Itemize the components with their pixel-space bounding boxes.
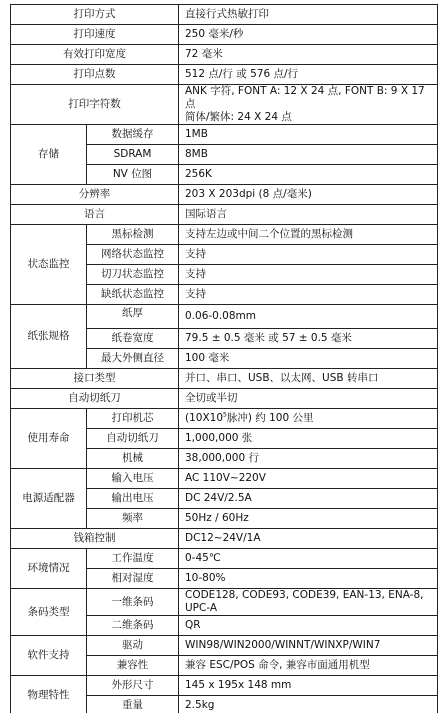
sub-label: 自动切纸刀 xyxy=(87,429,179,449)
row-value: 国际语言 xyxy=(179,205,438,225)
group-label: 软件支持 xyxy=(11,636,87,676)
sub-label: 最大外侧直径 xyxy=(87,349,179,369)
row-label: 打印字符数 xyxy=(11,85,179,125)
row-value: 100 毫米 xyxy=(179,349,438,369)
table-row: 打印速度 250 毫米/秒 xyxy=(11,25,438,45)
sub-label: 相对湿度 xyxy=(87,569,179,589)
row-label: 打印速度 xyxy=(11,25,179,45)
value-line: ANK 字符, FONT A: 12 X 24 点, FONT B: 9 X 1… xyxy=(185,85,431,111)
sub-label: 兼容性 xyxy=(87,656,179,676)
row-value: 0-45℃ xyxy=(179,549,438,569)
table-row: 电源适配器 输入电压 AC 110V~220V xyxy=(11,469,438,489)
table-row: 钱箱控制 DC12~24V/1A xyxy=(11,529,438,549)
row-value: AC 110V~220V xyxy=(179,469,438,489)
row-value: 256K xyxy=(179,165,438,185)
sub-label: 数据缓存 xyxy=(87,125,179,145)
row-value: 2.5kg xyxy=(179,696,438,713)
group-label: 物理特性 xyxy=(11,676,87,713)
row-value: WIN98/WIN2000/WINNT/WINXP/WIN7 xyxy=(179,636,438,656)
sub-label: 输入电压 xyxy=(87,469,179,489)
sub-label: 二维条码 xyxy=(87,616,179,636)
row-value: 203 X 203dpi (8 点/毫米) xyxy=(179,185,438,205)
row-value: 兼容 ESC/POS 命令, 兼容市面通用机型 xyxy=(179,656,438,676)
sub-label: 输出电压 xyxy=(87,489,179,509)
row-label: 接口类型 xyxy=(11,369,179,389)
sub-label: SDRAM xyxy=(87,145,179,165)
sub-label: 切刀状态监控 xyxy=(87,265,179,285)
sub-label: 网络状态监控 xyxy=(87,245,179,265)
row-value: 支持 xyxy=(179,265,438,285)
row-value: (10X105脉冲) 约 100 公里 xyxy=(179,409,438,429)
table-row: 打印点数 512 点/行 或 576 点/行 xyxy=(11,65,438,85)
sub-label: 打印机芯 xyxy=(87,409,179,429)
row-value: 1,000,000 张 xyxy=(179,429,438,449)
sub-label: 重量 xyxy=(87,696,179,713)
row-value: 支持左边或中间二个位置的黑标检测 xyxy=(179,225,438,245)
table-row: 打印字符数 ANK 字符, FONT A: 12 X 24 点, FONT B:… xyxy=(11,85,438,125)
group-label: 状态监控 xyxy=(11,225,87,305)
table-row: 物理特性 外形尺寸 145 x 195x 148 mm xyxy=(11,676,438,696)
group-label: 环境情况 xyxy=(11,549,87,589)
sub-label: 驱动 xyxy=(87,636,179,656)
table-row: 语言 国际语言 xyxy=(11,205,438,225)
table-row: 纸张规格 纸厚 0.06-0.08mm xyxy=(11,305,438,329)
sub-label: 纸厚 xyxy=(87,305,179,329)
row-value: ANK 字符, FONT A: 12 X 24 点, FONT B: 9 X 1… xyxy=(179,85,438,125)
row-value: 直接行式热敏打印 xyxy=(179,5,438,25)
value-text: 脉冲) 约 100 公里 xyxy=(227,412,314,424)
table-row: 自动切纸刀 全切或半切 xyxy=(11,389,438,409)
sub-label: 黑标检测 xyxy=(87,225,179,245)
group-label: 电源适配器 xyxy=(11,469,87,529)
row-value: 0.06-0.08mm xyxy=(179,305,438,329)
sub-label: 一维条码 xyxy=(87,589,179,616)
table-row: 使用寿命 打印机芯 (10X105脉冲) 约 100 公里 xyxy=(11,409,438,429)
row-value: 512 点/行 或 576 点/行 xyxy=(179,65,438,85)
row-value: DC12~24V/1A xyxy=(179,529,438,549)
sub-label: 纸卷宽度 xyxy=(87,329,179,349)
value-text: (10X10 xyxy=(185,412,223,424)
table-row: 软件支持 驱动 WIN98/WIN2000/WINNT/WINXP/WIN7 xyxy=(11,636,438,656)
table-row: 条码类型 一维条码 CODE128, CODE93, CODE39, EAN-1… xyxy=(11,589,438,616)
row-value: 38,000,000 行 xyxy=(179,449,438,469)
row-value: 支持 xyxy=(179,285,438,305)
group-label: 纸张规格 xyxy=(11,305,87,369)
table-row: 有效打印宽度 72 毫米 xyxy=(11,45,438,65)
row-label: 打印点数 xyxy=(11,65,179,85)
row-label: 钱箱控制 xyxy=(11,529,179,549)
table-row: 状态监控 黑标检测 支持左边或中间二个位置的黑标检测 xyxy=(11,225,438,245)
group-label: 存储 xyxy=(11,125,87,185)
row-value: 10-80% xyxy=(179,569,438,589)
row-label: 语言 xyxy=(11,205,179,225)
value-line: 简体/繁体: 24 X 24 点 xyxy=(185,111,431,124)
row-value: 8MB xyxy=(179,145,438,165)
row-value: 79.5 ± 0.5 毫米 或 57 ± 0.5 毫米 xyxy=(179,329,438,349)
row-value: QR xyxy=(179,616,438,636)
row-value: 1MB xyxy=(179,125,438,145)
row-value: 250 毫米/秒 xyxy=(179,25,438,45)
row-value: 并口、串口、USB、以太网、USB 转串口 xyxy=(179,369,438,389)
sub-label: NV 位图 xyxy=(87,165,179,185)
table-row: 环境情况 工作温度 0-45℃ xyxy=(11,549,438,569)
row-label: 打印方式 xyxy=(11,5,179,25)
table-row: 打印方式 直接行式热敏打印 xyxy=(11,5,438,25)
sub-label: 频率 xyxy=(87,509,179,529)
row-value: DC 24V/2.5A xyxy=(179,489,438,509)
row-value: 全切或半切 xyxy=(179,389,438,409)
sub-label: 外形尺寸 xyxy=(87,676,179,696)
group-label: 使用寿命 xyxy=(11,409,87,469)
table-row: 存储 数据缓存 1MB xyxy=(11,125,438,145)
sub-label: 工作温度 xyxy=(87,549,179,569)
row-value: 72 毫米 xyxy=(179,45,438,65)
row-value: 支持 xyxy=(179,245,438,265)
table-row: 分辨率 203 X 203dpi (8 点/毫米) xyxy=(11,185,438,205)
row-value: CODE128, CODE93, CODE39, EAN-13, ENA-8, … xyxy=(179,589,438,616)
row-label: 有效打印宽度 xyxy=(11,45,179,65)
table-row: 接口类型 并口、串口、USB、以太网、USB 转串口 xyxy=(11,369,438,389)
row-label: 自动切纸刀 xyxy=(11,389,179,409)
sub-label: 缺纸状态监控 xyxy=(87,285,179,305)
sub-label: 机械 xyxy=(87,449,179,469)
row-value: 145 x 195x 148 mm xyxy=(179,676,438,696)
row-label: 分辨率 xyxy=(11,185,179,205)
group-label: 条码类型 xyxy=(11,589,87,636)
row-value: 50Hz / 60Hz xyxy=(179,509,438,529)
spec-table: 打印方式 直接行式热敏打印 打印速度 250 毫米/秒 有效打印宽度 72 毫米… xyxy=(10,4,438,713)
